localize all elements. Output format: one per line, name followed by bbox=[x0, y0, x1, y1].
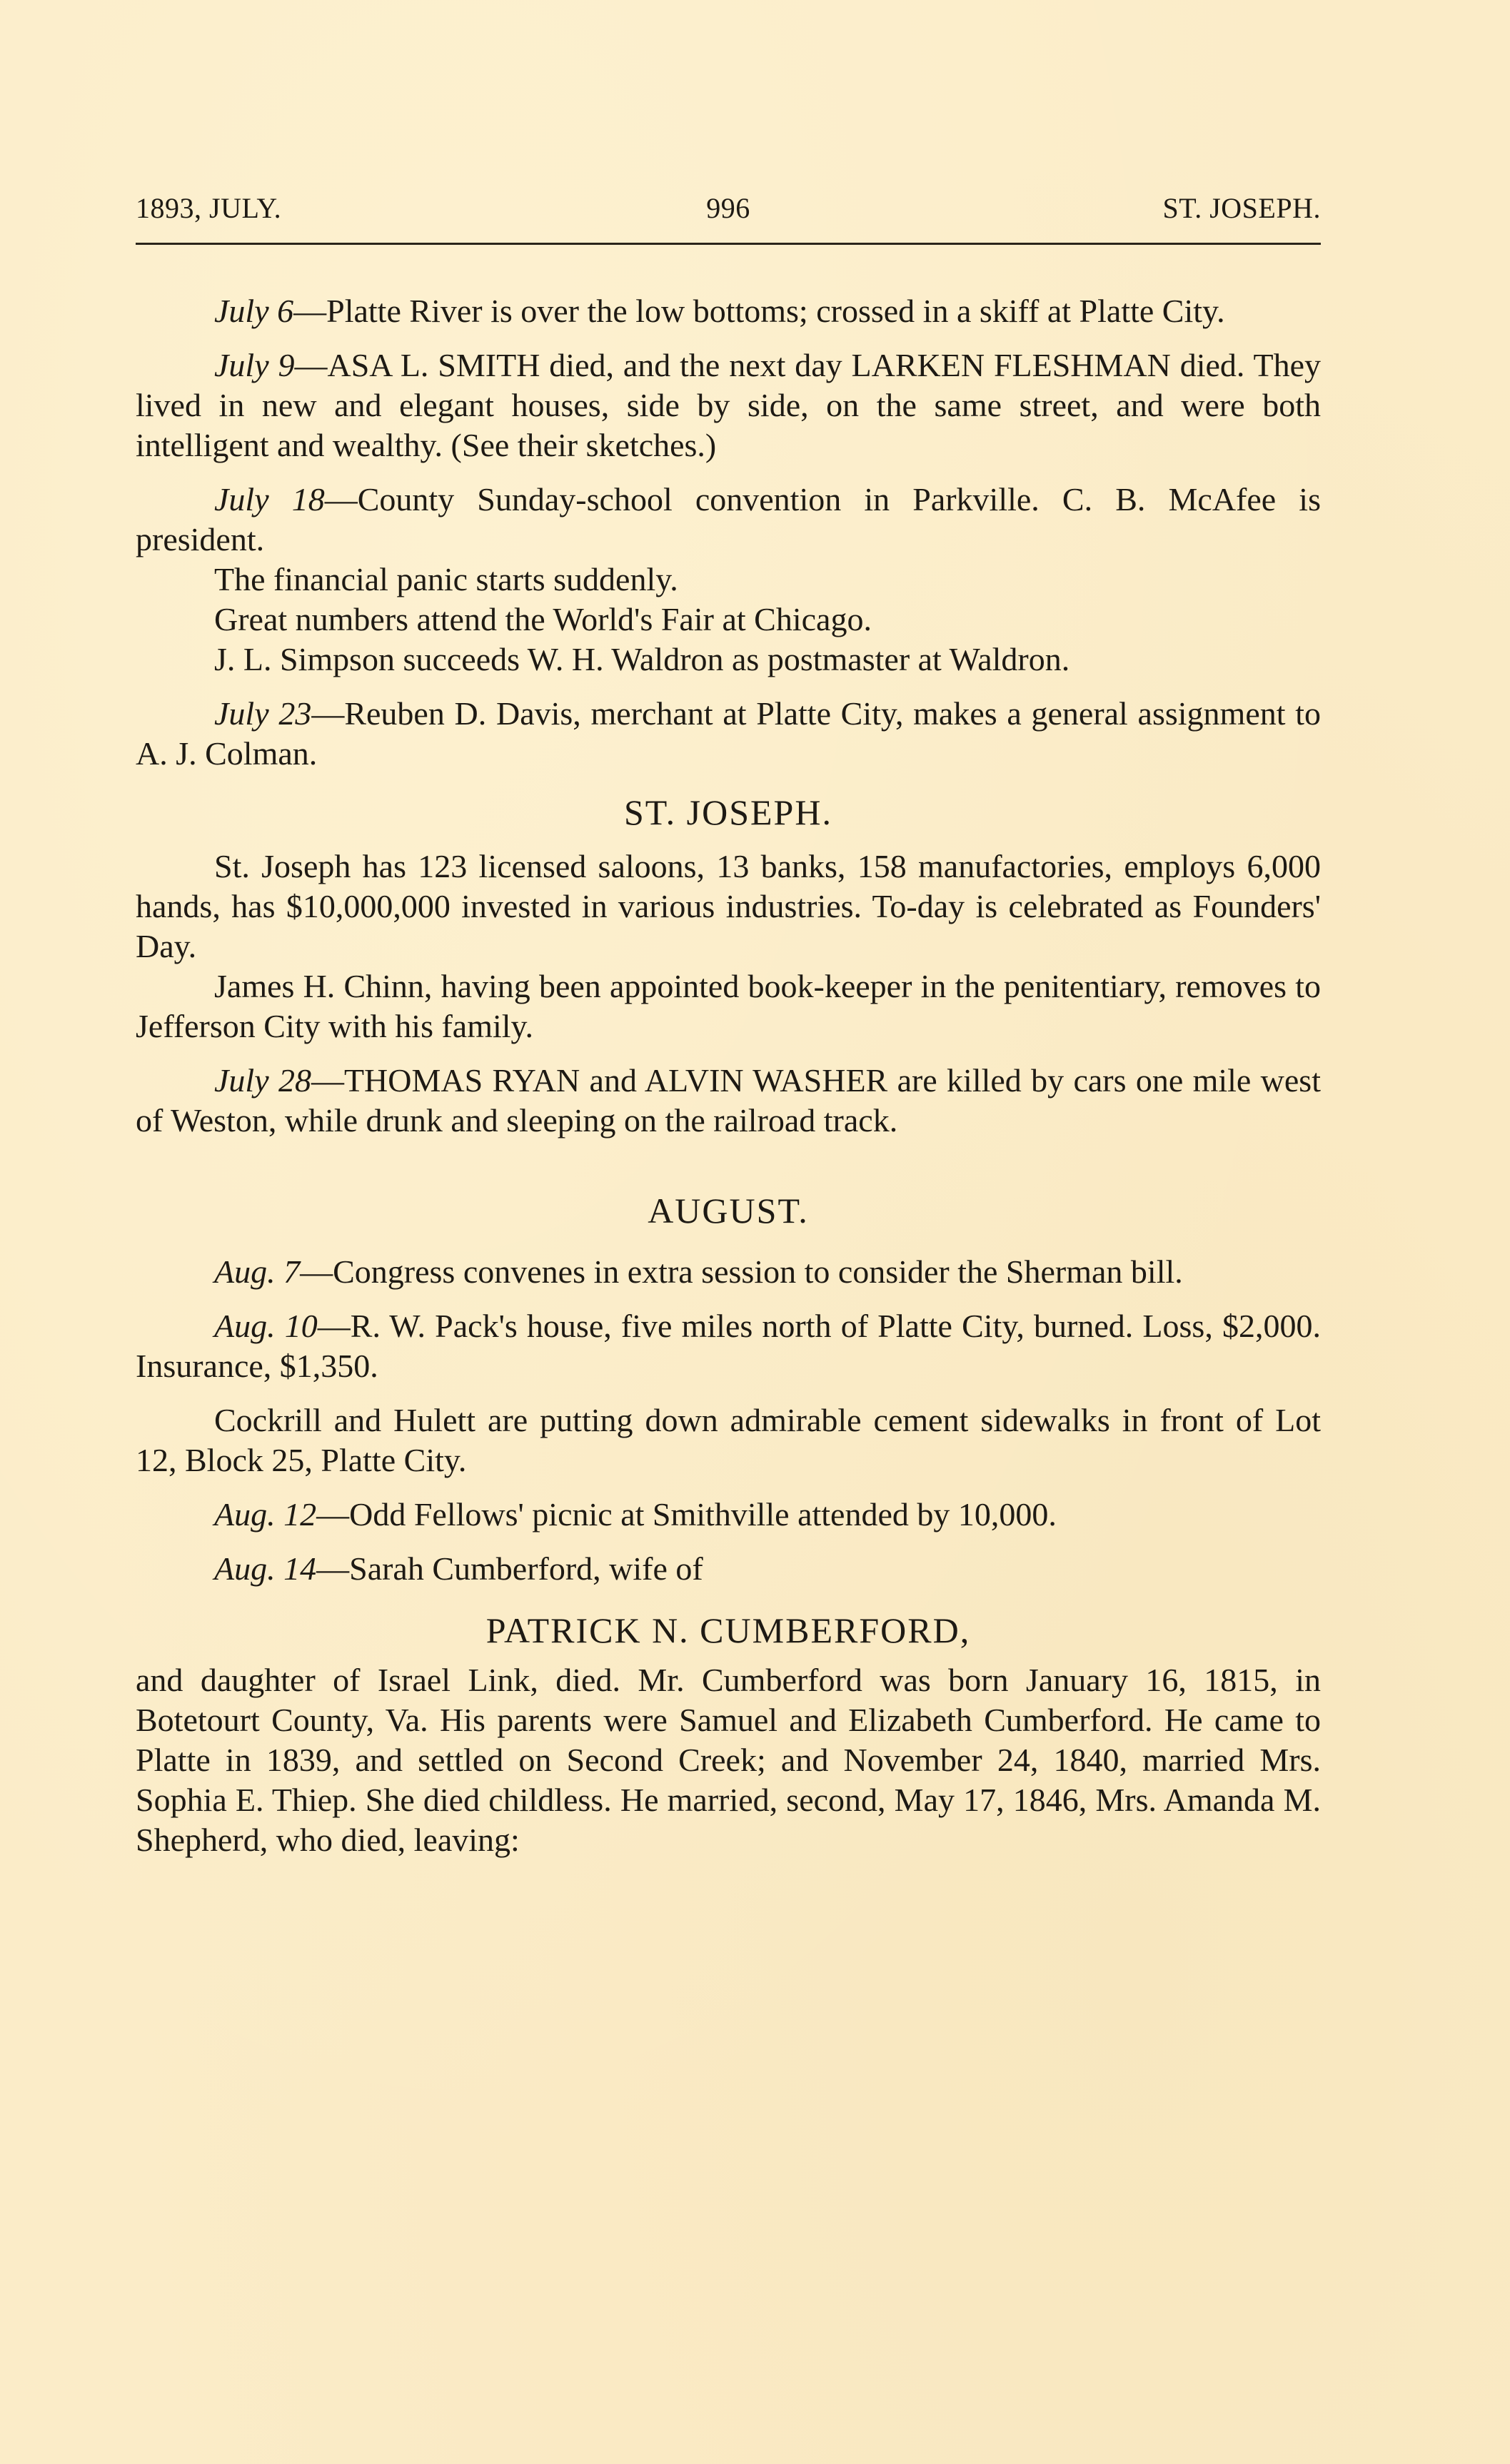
entry-text: —Congress convenes in extra session to c… bbox=[300, 1253, 1183, 1290]
entry-text: —Odd Fellows' picnic at Smithville atten… bbox=[316, 1496, 1057, 1533]
entry-text: —ASA L. SMITH died, and the next day LAR… bbox=[136, 347, 1321, 463]
entry-aug-7: Aug. 7—Congress convenes in extra sessio… bbox=[136, 1252, 1321, 1292]
entry-aug-12: Aug. 12—Odd Fellows' picnic at Smithvill… bbox=[136, 1495, 1321, 1535]
entry-cockrill-hulett: Cockrill and Hulett are putting down adm… bbox=[136, 1400, 1321, 1480]
entry-date: July 9 bbox=[214, 347, 294, 383]
entry-text: —Sarah Cumberford, wife of bbox=[316, 1550, 703, 1587]
entry-date: July 23 bbox=[214, 695, 311, 732]
entry-text: —Reuben D. Davis, merchant at Platte Cit… bbox=[136, 695, 1321, 772]
entry-date: July 28 bbox=[214, 1062, 311, 1099]
entry-st-joseph-stats: St. Joseph has 123 licensed saloons, 13 … bbox=[136, 847, 1321, 966]
entry-chinn: James H. Chinn, having been appointed bo… bbox=[136, 966, 1321, 1046]
entry-text: —Platte River is over the low bottoms; c… bbox=[293, 293, 1224, 329]
page-number: 996 bbox=[136, 191, 1321, 225]
section-title-august: AUGUST. bbox=[136, 1191, 1321, 1231]
entry-july-6: July 6—Platte River is over the low bott… bbox=[136, 291, 1321, 331]
entry-text: —THOMAS RYAN and ALVIN WASHER are killed… bbox=[136, 1062, 1321, 1138]
header-rule bbox=[136, 243, 1321, 245]
entry-july-23: July 23—Reuben D. Davis, merchant at Pla… bbox=[136, 694, 1321, 774]
entry-july-9: July 9—ASA L. SMITH died, and the next d… bbox=[136, 345, 1321, 465]
entry-date: July 6 bbox=[214, 293, 293, 329]
entry-simpson-postmaster: J. L. Simpson succeeds W. H. Waldron as … bbox=[136, 640, 1321, 680]
entry-july-28: July 28—THOMAS RYAN and ALVIN WASHER are… bbox=[136, 1061, 1321, 1141]
entry-date: Aug. 12 bbox=[214, 1496, 316, 1533]
entry-date: Aug. 14 bbox=[214, 1550, 316, 1587]
running-head: 1893, JULY. 996 ST. JOSEPH. bbox=[136, 191, 1321, 234]
entry-aug-10: Aug. 10—R. W. Pack's house, five miles n… bbox=[136, 1306, 1321, 1386]
entry-aug-14: Aug. 14—Sarah Cumberford, wife of bbox=[136, 1549, 1321, 1589]
page-body: July 6—Platte River is over the low bott… bbox=[136, 291, 1321, 1874]
biography-text: and daughter of Israel Link, died. Mr. C… bbox=[136, 1660, 1321, 1860]
section-title-st-joseph: ST. JOSEPH. bbox=[136, 792, 1321, 832]
biography-heading: PATRICK N. CUMBERFORD, bbox=[136, 1610, 1321, 1650]
entry-date: Aug. 7 bbox=[214, 1253, 300, 1290]
entry-date: Aug. 10 bbox=[214, 1308, 318, 1344]
entry-july-18: July 18—County Sunday-school convention … bbox=[136, 480, 1321, 560]
entry-worlds-fair: Great numbers attend the World's Fair at… bbox=[136, 600, 1321, 640]
entry-date: July 18 bbox=[214, 481, 325, 517]
running-head-title: ST. JOSEPH. bbox=[1163, 191, 1321, 225]
entry-financial-panic: The financial panic starts suddenly. bbox=[136, 560, 1321, 600]
